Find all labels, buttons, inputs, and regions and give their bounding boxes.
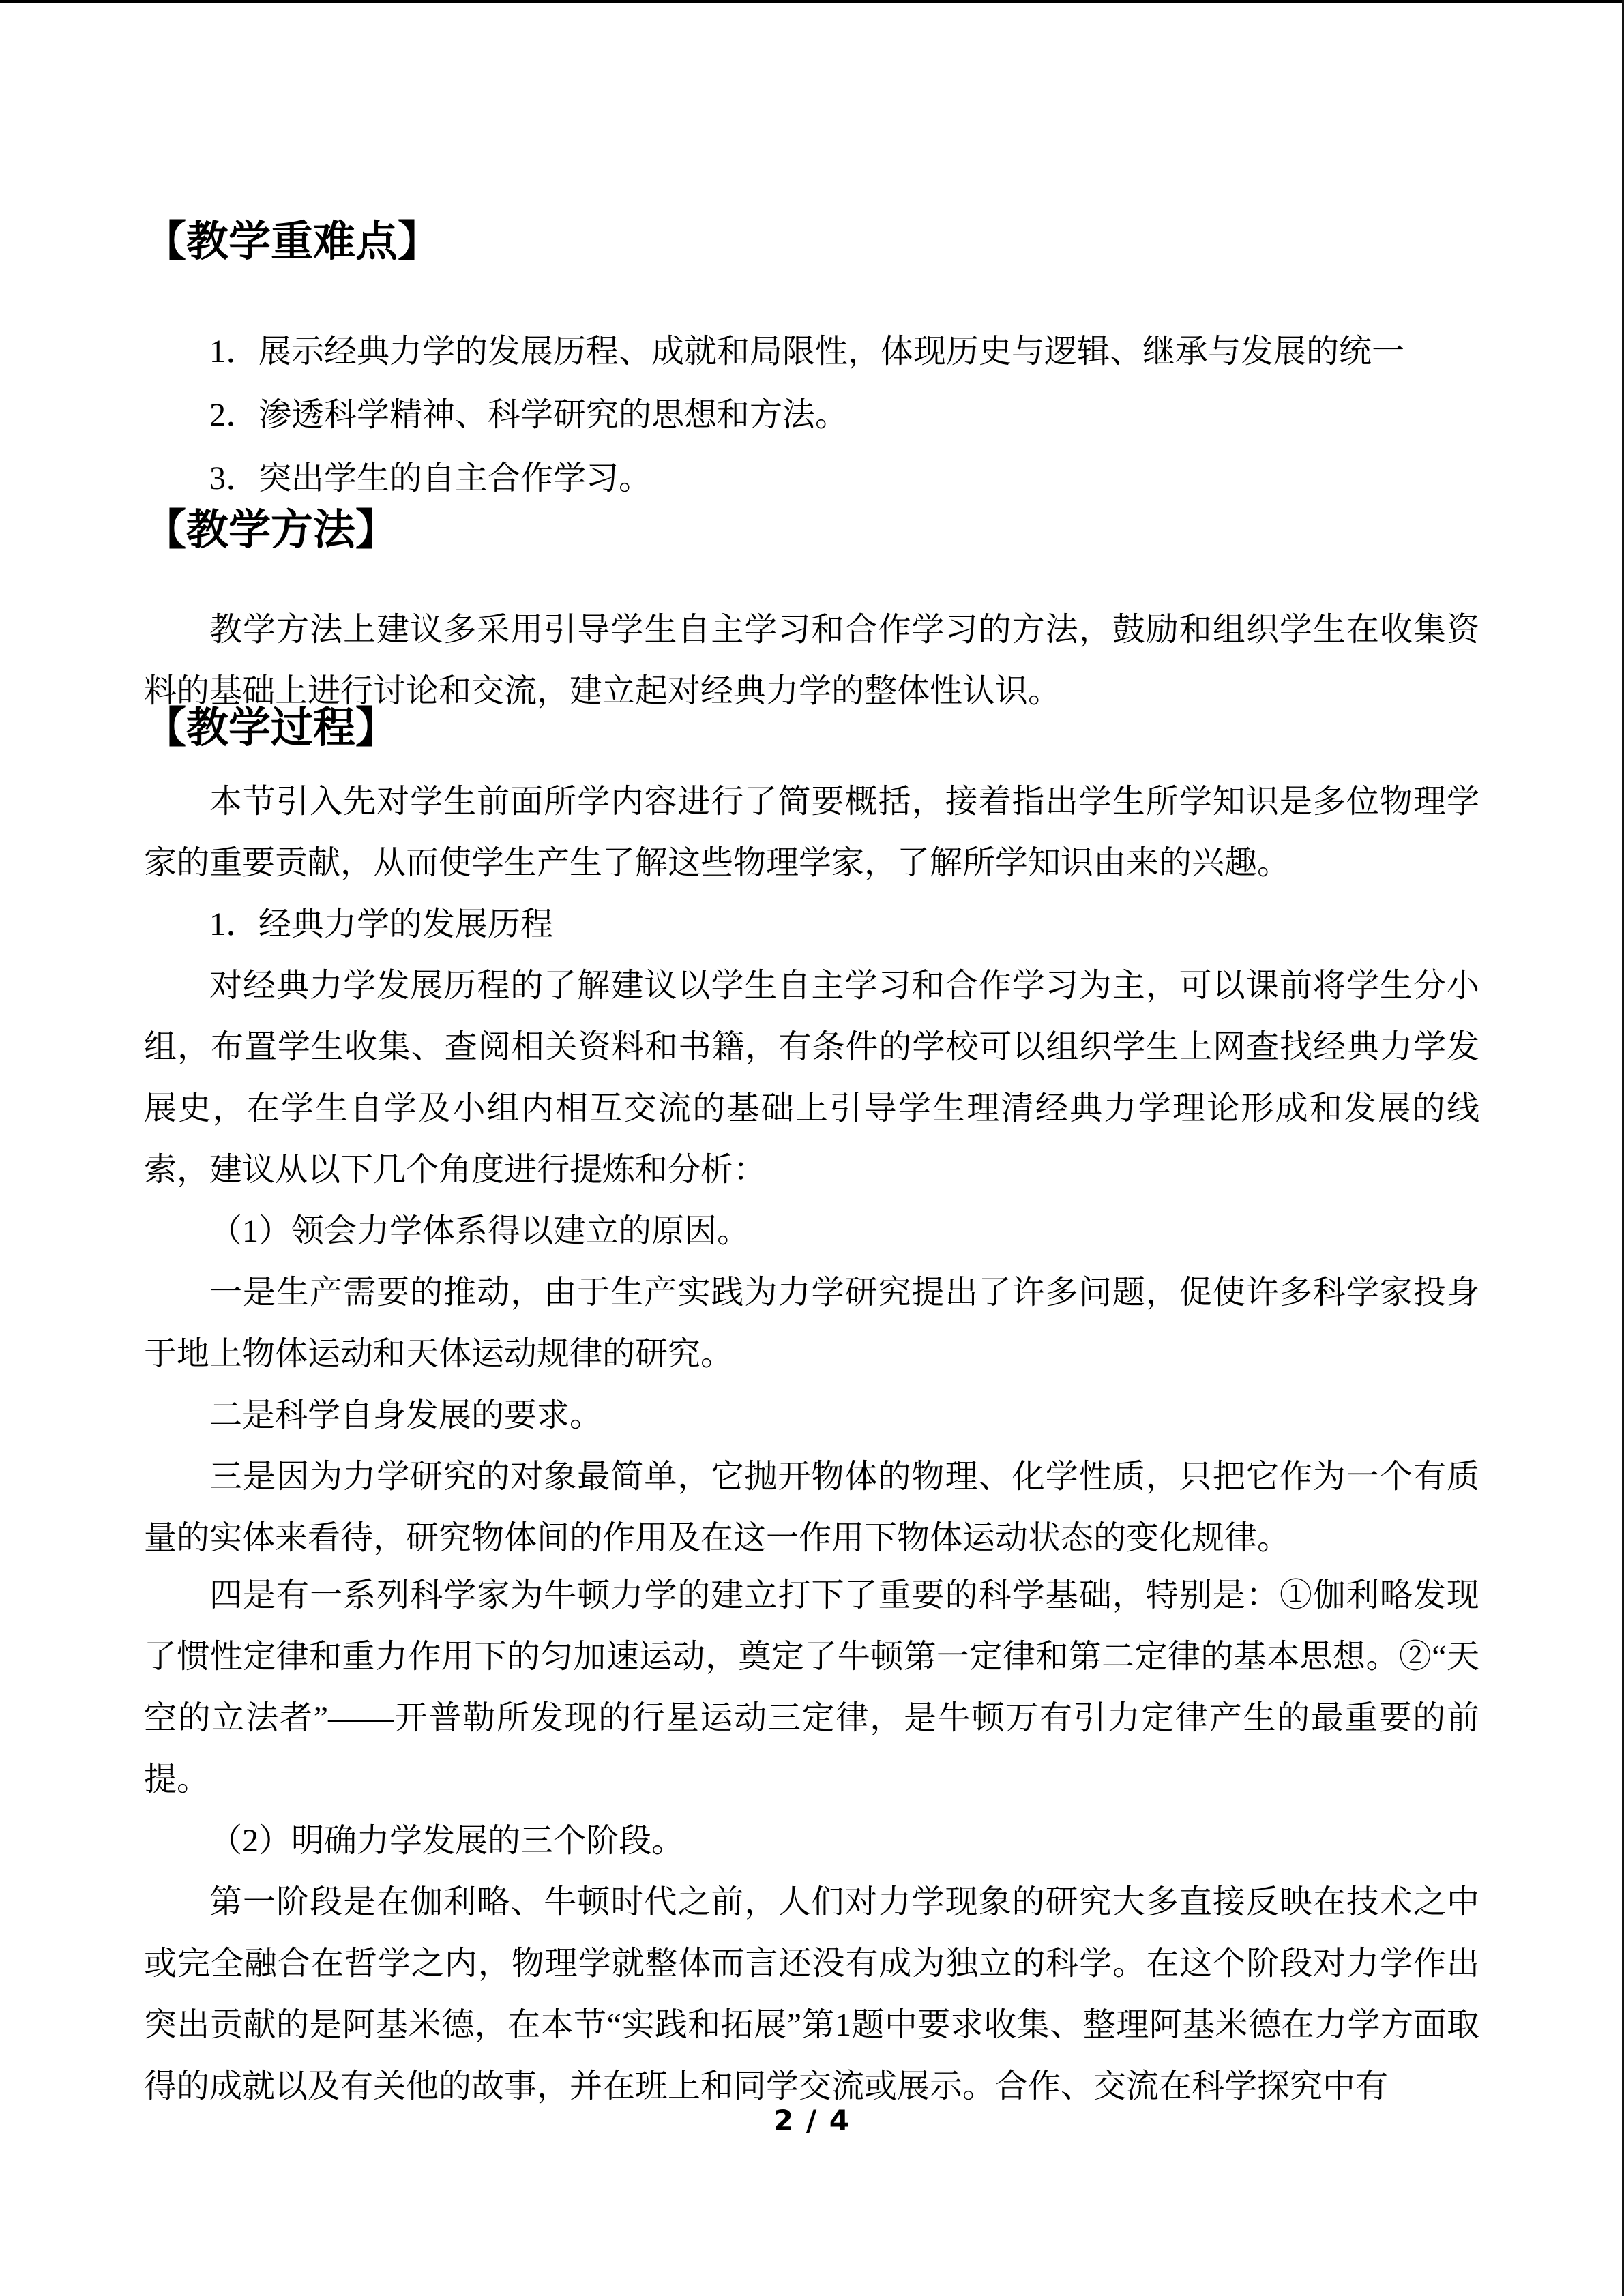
reason-2-paragraph: 二是科学自身发展的要求。: [144, 1385, 1479, 1446]
reason-3-paragraph: 三是因为力学研究的对象最简单，它抛开物体的物理、化学性质，只把它作为一个有质量的…: [144, 1446, 1479, 1569]
section-heading-teaching-key-points: 【教学重难点】: [144, 215, 1479, 269]
key-point-item-3: 3．突出学生的自主合作学习。: [144, 448, 1479, 509]
key-point-item-2: 2．渗透科学精神、科学研究的思想和方法。: [144, 385, 1479, 446]
subsection-1-paragraph: 对经典力学发展历程的了解建议以学生自主学习和合作学习为主，可以课前将学生分小组，…: [144, 955, 1479, 1201]
key-point-item-1: 1．展示经典力学的发展历程、成就和局限性，体现历史与逻辑、继承与发展的统一: [144, 321, 1479, 383]
stage-1-paragraph: 第一阶段是在伽利略、牛顿时代之前，人们对力学现象的研究大多直接反映在技术之中或完…: [144, 1872, 1479, 2117]
page-number: 2 / 4: [0, 2104, 1624, 2137]
section-heading-teaching-methods: 【教学方法】: [144, 503, 1479, 558]
reason-4-paragraph: 四是有一系列科学家为牛顿力学的建立打下了重要的科学基础，特别是：①伽利略发现了惯…: [144, 1565, 1479, 1810]
section-heading-teaching-process: 【教学过程】: [144, 701, 1479, 756]
process-intro-paragraph: 本节引入先对学生前面所学内容进行了简要概括，接着指出学生所学知识是多位物理学家的…: [144, 771, 1479, 894]
point-1-title: （1）领会力学体系得以建立的原因。: [144, 1201, 1479, 1262]
page-top-edge: [0, 0, 1624, 3]
point-2-title: （2）明确力学发展的三个阶段。: [144, 1810, 1479, 1872]
reason-1-paragraph: 一是生产需要的推动，由于生产实践为力学研究提出了许多问题，促使许多科学家投身于地…: [144, 1262, 1479, 1385]
subsection-1-title: 1．经典力学的发展历程: [144, 894, 1479, 955]
